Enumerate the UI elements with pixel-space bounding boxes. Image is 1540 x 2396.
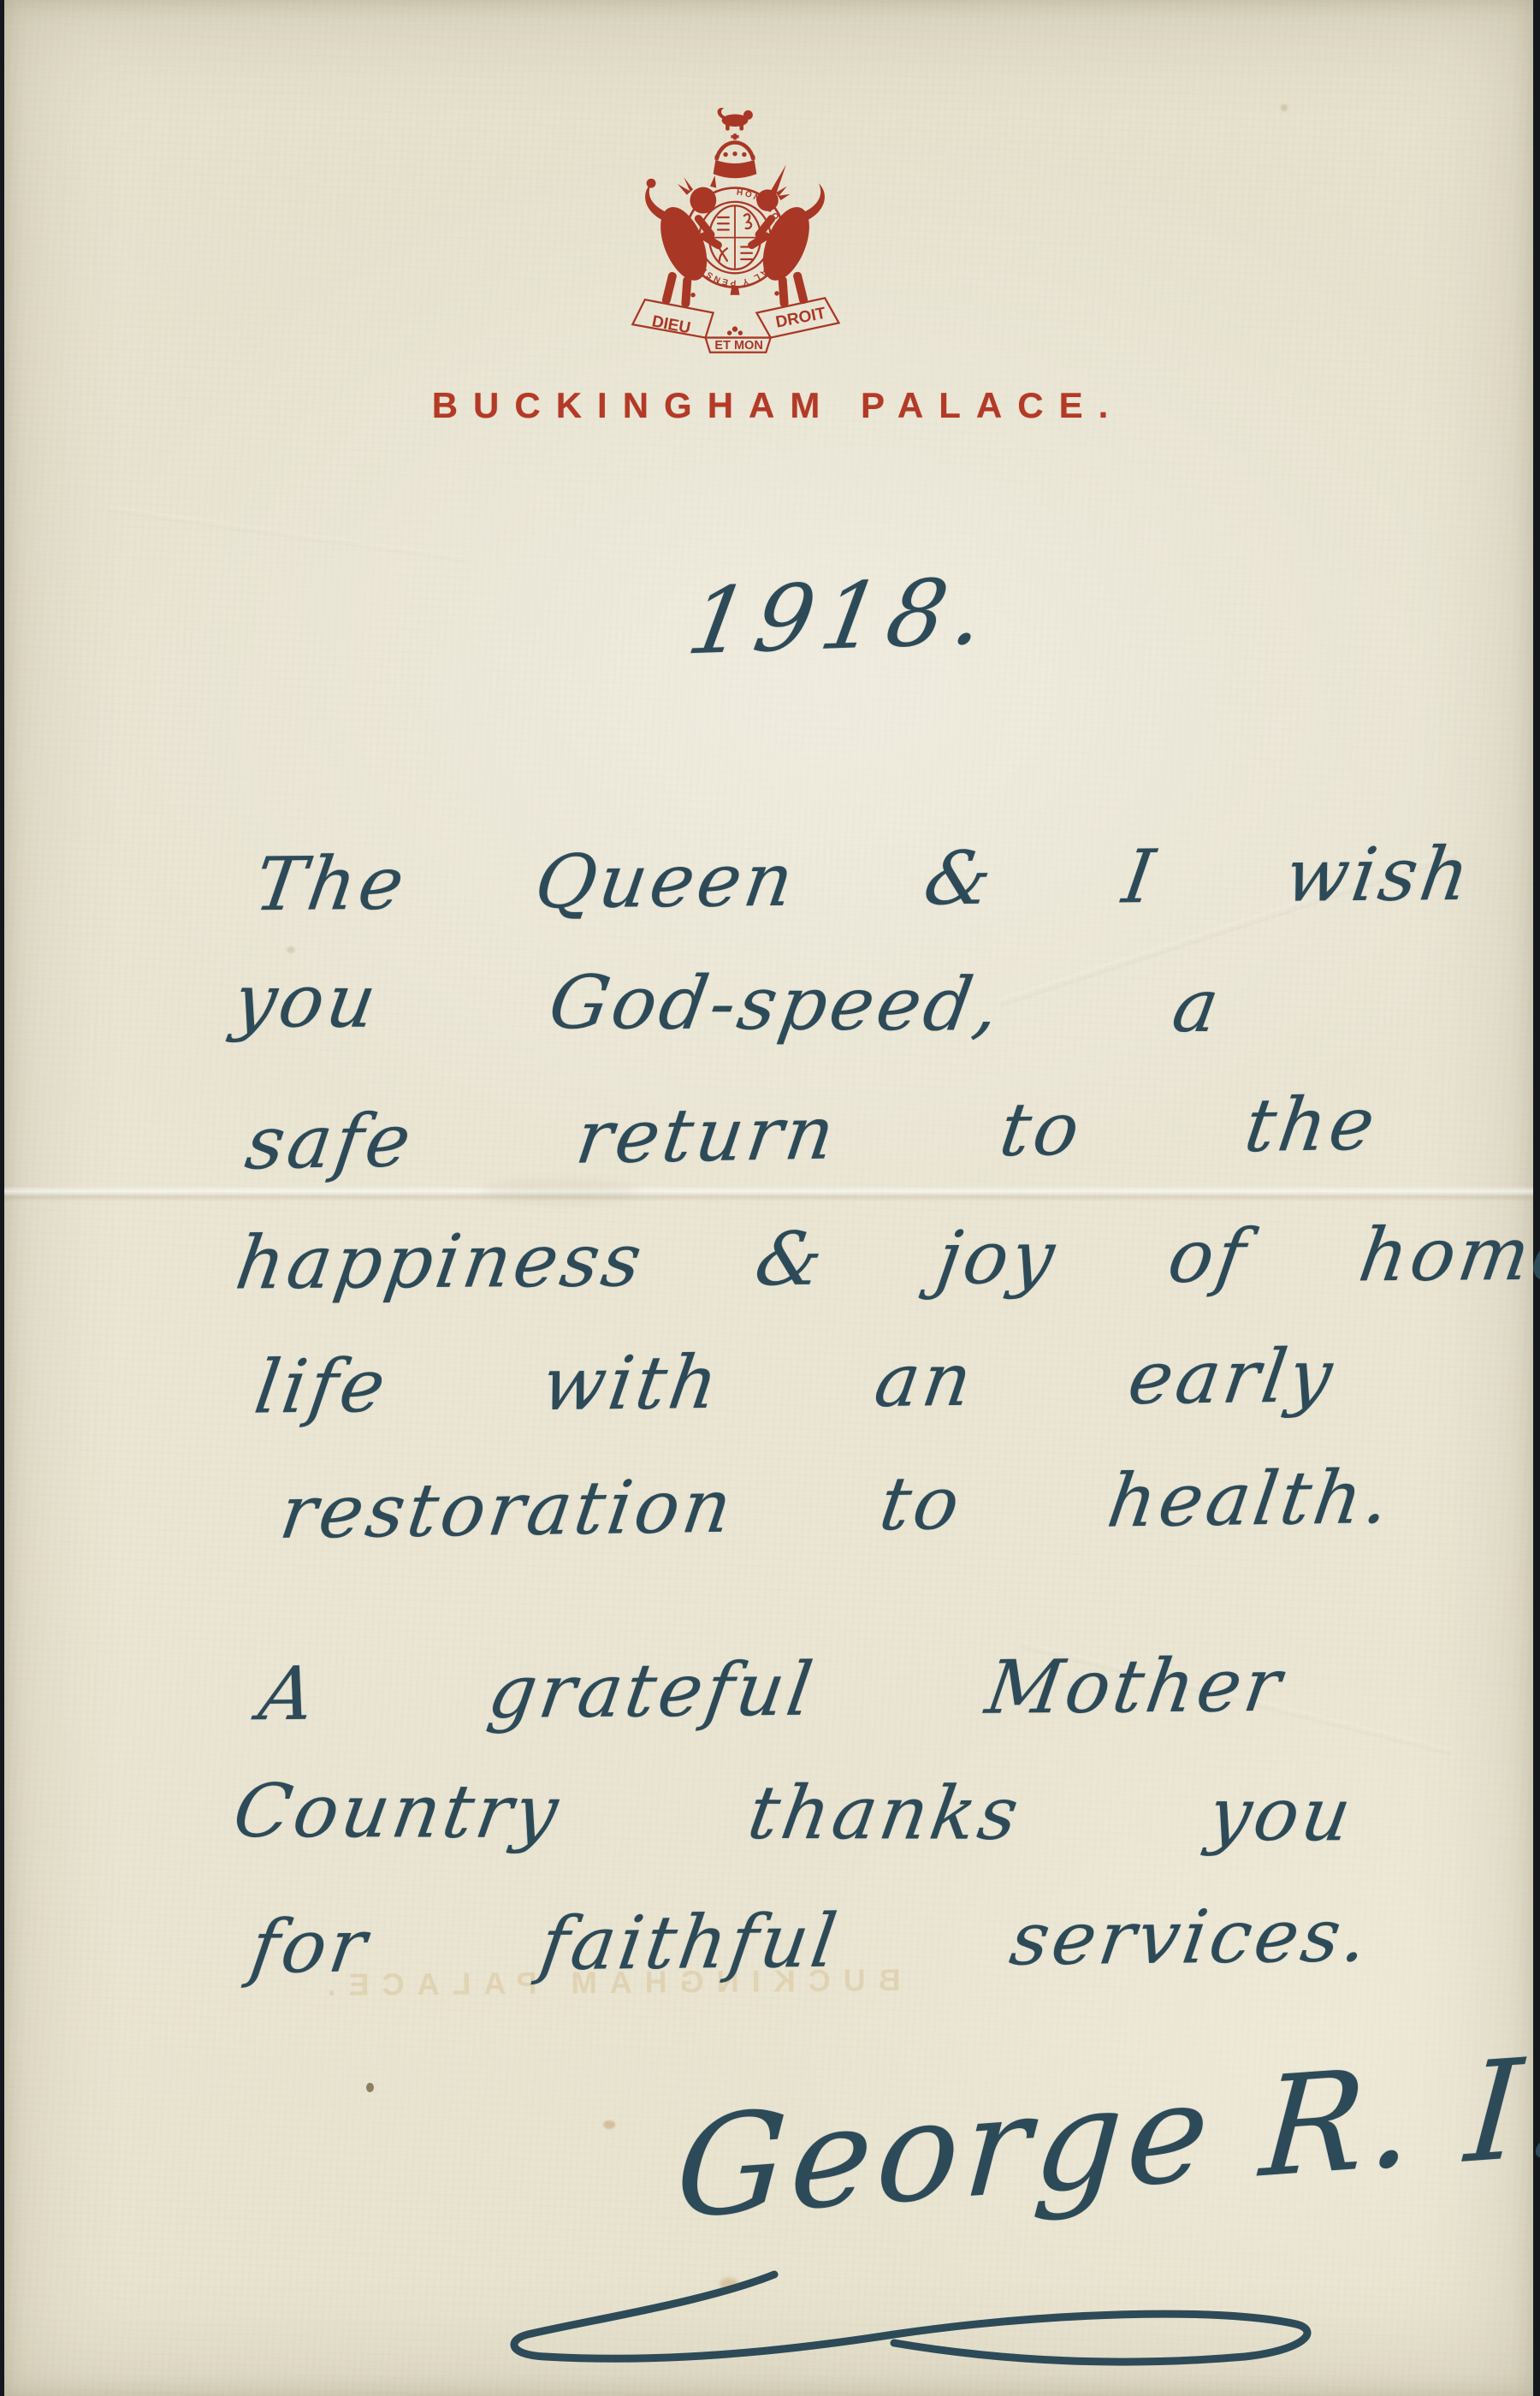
letter-line-9: for faithful services. [246, 1899, 1376, 1984]
letter-line-6: restoration to health. [275, 1461, 1397, 1550]
crown-icon [714, 108, 757, 178]
letterhead-title: BUCKINGHAM PALACE. [0, 385, 1540, 426]
letter-line-3: safe return to the [241, 1088, 1382, 1181]
letter-line-7: A grateful Mother [255, 1649, 1289, 1731]
quartered-shield-icon [709, 205, 761, 269]
motto-et-mon: ET MON [714, 339, 762, 353]
letter-line-4: happiness & joy of home [232, 1218, 1540, 1301]
letter-date: 1918. [682, 566, 1000, 667]
fold-crease [4, 1186, 1533, 1201]
letter-line-1: The Queen & I wish [251, 838, 1478, 922]
letter-line-5: life with an early [251, 1339, 1341, 1424]
foxing-speck [603, 2120, 615, 2129]
scanned-letter-page: { "letterhead": { "crest": { "garter_mot… [0, 0, 1540, 2396]
foxing-speck [287, 946, 295, 953]
paper-stain [483, 1181, 637, 1203]
foxing-speck [1281, 104, 1288, 111]
letter-paper [4, 0, 1533, 2396]
letter-line-2: you God-speed, a [228, 964, 1227, 1043]
signature-flourish-icon [492, 2266, 1347, 2394]
royal-coat-of-arms-icon: HONI SOIT QUI MAL Y PENSE DIEU DROIT ET … [619, 98, 851, 354]
letter-line-8: Country thanks you [228, 1775, 1359, 1853]
motto-dieu: DIEU [650, 312, 692, 337]
paper-wrinkle [108, 506, 465, 562]
foxing-speck [366, 2083, 374, 2092]
